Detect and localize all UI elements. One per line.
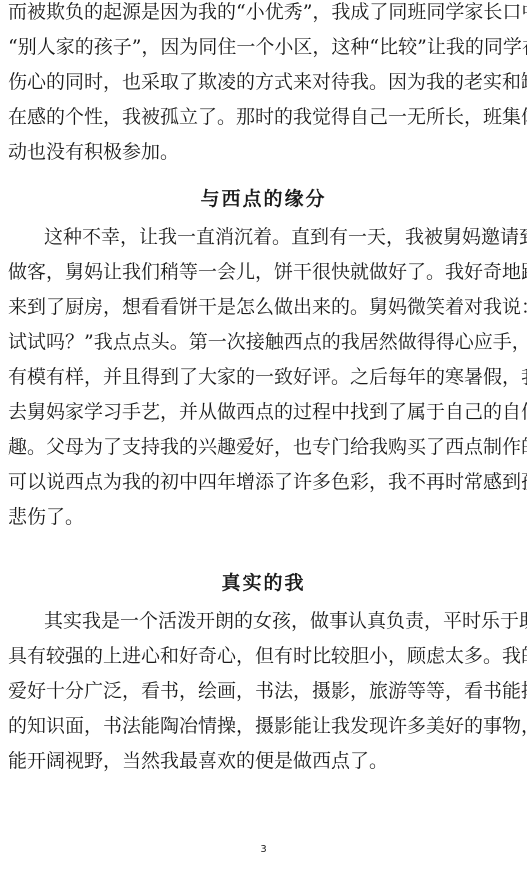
page-number: 3 xyxy=(0,844,527,855)
paragraph-line: 其实我是一个活泼开朗的女孩，做事认真负责，平时乐于助人， xyxy=(44,609,515,633)
paragraph-line: 可以说西点为我的初中四年增添了许多色彩，我不再时常感到孤独与 xyxy=(8,470,515,494)
paragraph-line: 来到了厨房，想看看饼干是怎么做出来的。舅妈微笑着对我说：“想 xyxy=(8,295,515,319)
paragraph-line: 有模有样，并且得到了大家的一致好评。之后每年的寒暑假，我都会 xyxy=(8,365,515,389)
paragraph-line: “别人家的孩子”，因为同住一个小区，这种“比较”让我的同学在 xyxy=(8,35,515,59)
paragraph-line: 动也没有积极参加。 xyxy=(8,140,515,164)
section-heading: 真实的我 xyxy=(0,571,527,595)
paragraph-line: 悲伤了。 xyxy=(8,505,515,529)
section-heading: 与西点的缘分 xyxy=(0,187,527,211)
paragraph-line: 能开阔视野，当然我最喜欢的便是做西点了。 xyxy=(8,749,515,773)
paragraph-line: 去舅妈家学习手艺，并从做西点的过程中找到了属于自己的自信和乐 xyxy=(8,400,515,424)
paragraph-line: 伤心的同时，也采取了欺凌的方式来对待我。因为我的老实和缺乏存 xyxy=(8,70,515,94)
paragraph-line: 试试吗？”我点点头。第一次接触西点的我居然做得得心应手，学得 xyxy=(8,330,515,354)
paragraph-line: 在感的个性，我被孤立了。那时的我觉得自己一无所长，班集体的活 xyxy=(8,105,515,129)
paragraph-line: 具有较强的上进心和好奇心，但有时比较胆小，顾虑太多。我的兴趣 xyxy=(8,644,515,668)
paragraph-line: 的知识面，书法能陶冶情操，摄影能让我发现许多美好的事物，旅游 xyxy=(8,714,515,738)
paragraph-line: 爱好十分广泛，看书，绘画，书法，摄影，旅游等等，看书能拓宽我 xyxy=(8,679,515,703)
paragraph-line: 而被欺负的起源是因为我的“小优秀”，我成了同班同学家长口中的 xyxy=(8,0,515,24)
paragraph-line: 趣。父母为了支持我的兴趣爱好，也专门给我购买了西点制作的设备， xyxy=(8,435,515,459)
paragraph-line: 做客，舅妈让我们稍等一会儿，饼干很快就做好了。我好奇地跟着她 xyxy=(8,260,515,284)
paragraph-line: 这种不幸，让我一直消沉着。直到有一天，我被舅妈邀请到她家 xyxy=(44,225,515,249)
